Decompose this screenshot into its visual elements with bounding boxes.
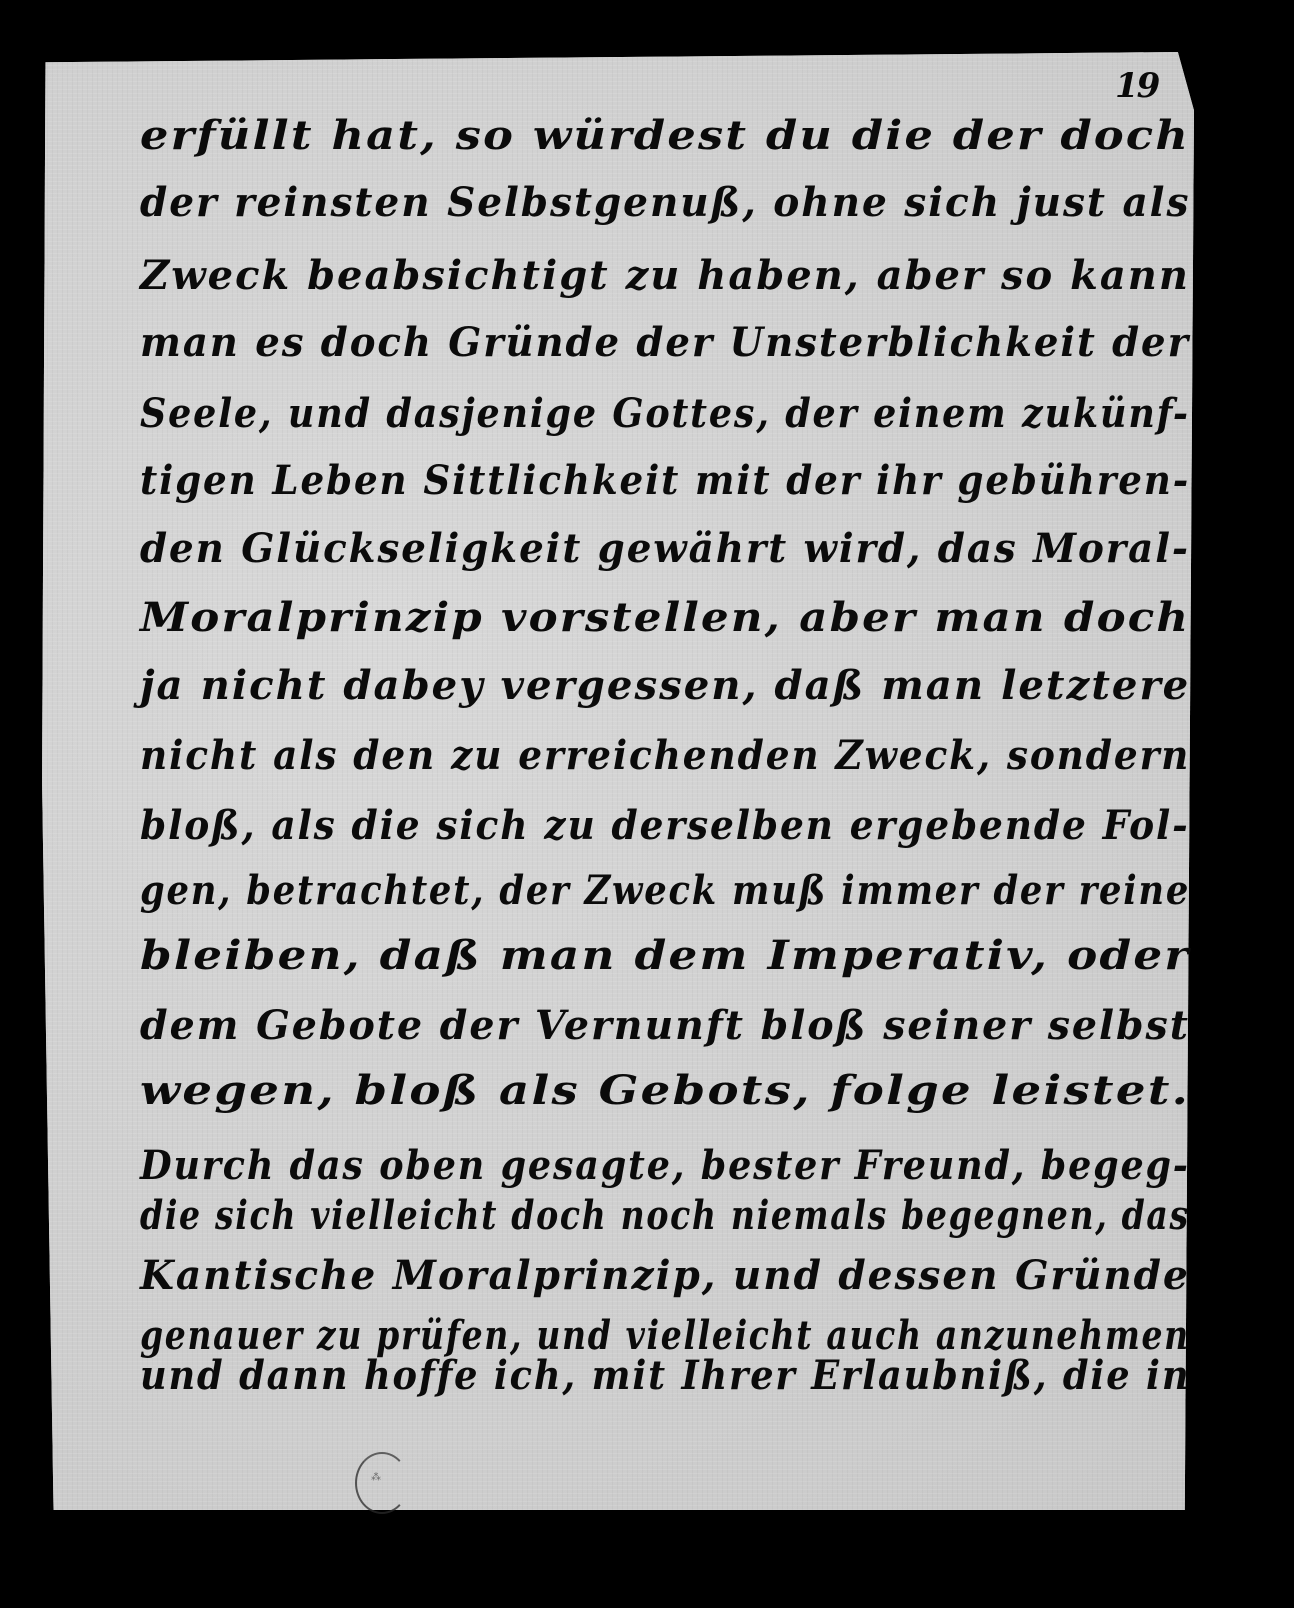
manuscript-line: der reinsten Selbstgenuß, ohne sich just… — [140, 179, 1190, 226]
manuscript-line: erfüllt hat, so würdest du die der doch — [140, 112, 1190, 159]
manuscript-line: und dann hoffe ich, mit Ihrer Erlaubniß,… — [140, 1352, 1190, 1399]
manuscript-line: Moralprinzip vorstellen, aber man doch — [140, 594, 1190, 641]
stamp-mark: ⁂ — [371, 1472, 381, 1483]
manuscript-line: Durch das oben gesagte, bester Freund, b… — [140, 1142, 1190, 1189]
manuscript-line: Kantische Moralprinzip, und dessen Gründ… — [140, 1252, 1190, 1299]
manuscript-line: man es doch Gründe der Unsterblichkeit d… — [140, 319, 1190, 366]
library-stamp-icon: ⁂ — [355, 1452, 409, 1514]
manuscript-line: tigen Leben Sittlichkeit mit der ihr geb… — [140, 457, 1190, 504]
manuscript-line: die sich vielleicht doch noch niemals be… — [140, 1192, 1190, 1239]
manuscript-line: gen, betrachtet, der Zweck muß immer der… — [140, 867, 1190, 914]
manuscript-line: nicht als den zu erreichenden Zweck, son… — [140, 732, 1190, 779]
folio-number: 19 — [1115, 66, 1158, 106]
manuscript-line: bloß, als die sich zu derselben ergebend… — [140, 802, 1190, 849]
manuscript-line: bleiben, daß man dem Imperativ, oder — [140, 932, 1190, 979]
manuscript-line: Zweck beabsichtigt zu haben, aber so kan… — [140, 252, 1190, 299]
manuscript-line: den Glückseligkeit gewährt wird, das Mor… — [140, 525, 1190, 572]
manuscript-line: dem Gebote der Vernunft bloß seiner selb… — [140, 1002, 1190, 1049]
manuscript-line: wegen, bloß als Gebots, folge leistet. — [140, 1067, 1190, 1114]
manuscript-line: Seele, und dasjenige Gottes, der einem z… — [140, 390, 1190, 437]
manuscript-line: ja nicht dabey vergessen, daß man letzte… — [140, 662, 1190, 709]
